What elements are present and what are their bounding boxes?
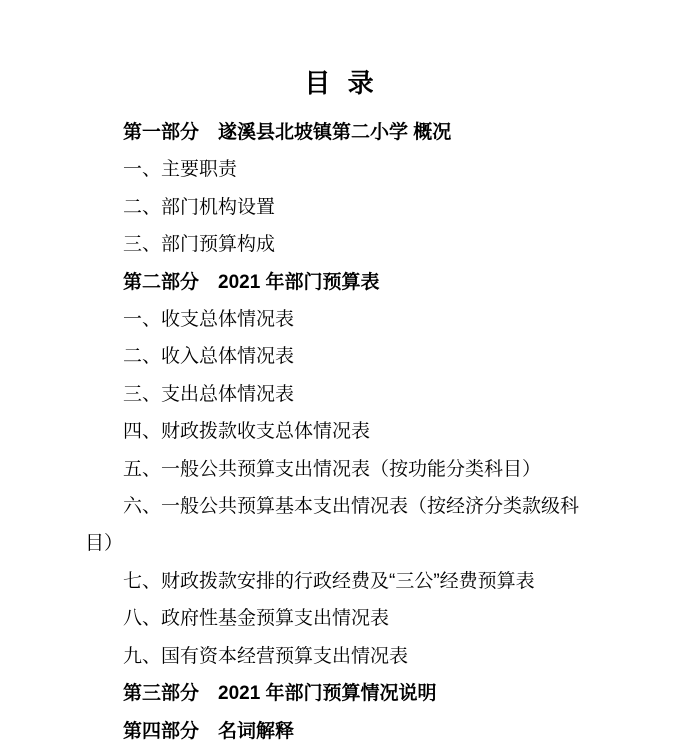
- page-title: 目 录: [0, 68, 680, 98]
- toc-entry: 八、政府性基金预算支出情况表: [85, 600, 587, 637]
- toc-entry: 二、收入总体情况表: [85, 338, 587, 375]
- toc-section-heading: 第四部分 名词解释: [85, 713, 587, 745]
- toc-entry: 四、财政拨款收支总体情况表: [85, 413, 587, 450]
- toc-entry: 一、主要职责: [85, 151, 587, 188]
- toc-section-heading: 第二部分 2021 年部门预算表: [85, 264, 587, 301]
- toc-section-heading: 第一部分 遂溪县北坡镇第二小学 概况: [85, 114, 587, 151]
- toc-entry: 三、支出总体情况表: [85, 376, 587, 413]
- toc-entry: 二、部门机构设置: [85, 189, 587, 226]
- toc-section-heading: 第三部分 2021 年部门预算情况说明: [85, 675, 587, 712]
- toc-entry: 五、一般公共预算支出情况表（按功能分类科目）: [85, 451, 587, 488]
- toc-list: 第一部分 遂溪县北坡镇第二小学 概况一、主要职责二、部门机构设置三、部门预算构成…: [0, 114, 680, 745]
- toc-entry: 九、国有资本经营预算支出情况表: [85, 638, 587, 675]
- toc-entry: 三、部门预算构成: [85, 226, 587, 263]
- toc-entry: 六、一般公共预算基本支出情况表（按经济分类款级科目）: [85, 488, 587, 563]
- toc-entry: 七、财政拨款安排的行政经费及“三公”经费预算表: [85, 563, 587, 600]
- toc-entry: 一、收支总体情况表: [85, 301, 587, 338]
- document-page: 目 录 第一部分 遂溪县北坡镇第二小学 概况一、主要职责二、部门机构设置三、部门…: [0, 0, 680, 745]
